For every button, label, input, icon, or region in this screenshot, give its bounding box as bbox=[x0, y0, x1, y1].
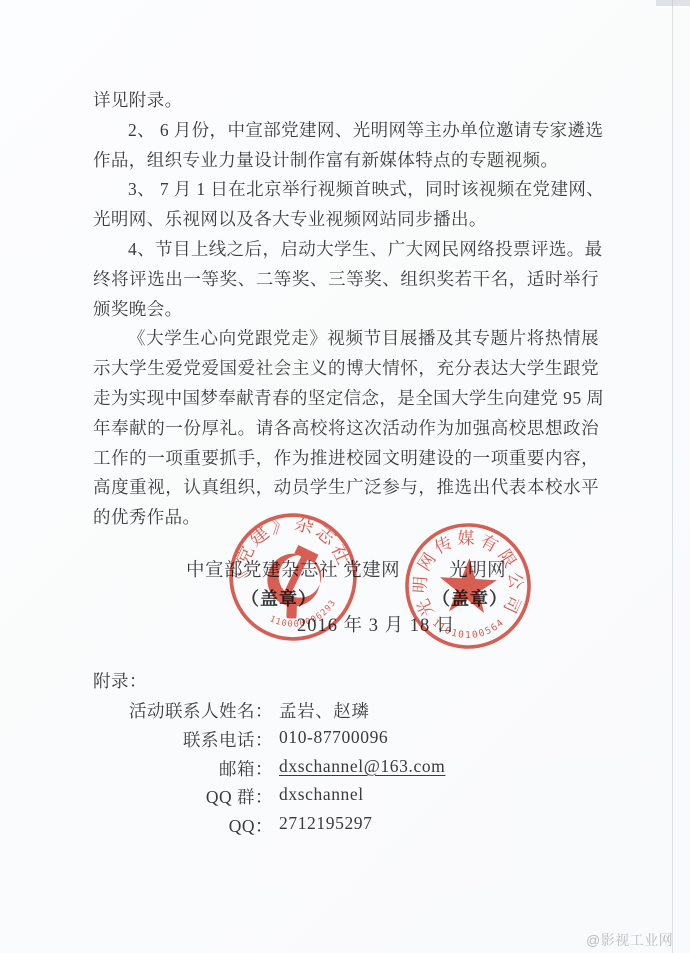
document-line: 详见附录。 bbox=[93, 86, 599, 116]
document-line: 颁奖晚会。 bbox=[93, 295, 599, 325]
document-line: 4、节目上线之后，启动大学生、广大网民网络投票评选。最 bbox=[93, 235, 599, 265]
contact-label: 邮箱： bbox=[93, 756, 273, 781]
star-icon bbox=[438, 557, 498, 614]
contact-label: QQ 群： bbox=[93, 784, 273, 809]
contact-row: QQ： 2712195297 bbox=[93, 813, 513, 842]
scan-corner-artifact bbox=[656, 0, 690, 6]
document-line: 作品，组织专业力量设计制作富有新媒体特点的专题视频。 bbox=[93, 146, 599, 176]
document-line: 示大学生爱党爱国爱社会主义的博大情怀，充分表达大学生跟党 bbox=[93, 354, 599, 384]
contact-row: 活动联系人姓名： 孟岩、赵璘 bbox=[93, 698, 513, 727]
document-line: 《大学生心向党跟党走》视频节目展播及其专题片将热情展 bbox=[93, 324, 599, 354]
scanned-document-page: 详见附录。 2、 6 月份，中宣部党建网、光明网等主办单位邀请专家遴选 作品，组… bbox=[0, 0, 690, 953]
contact-label: QQ： bbox=[93, 813, 273, 838]
document-line: 2、 6 月份，中宣部党建网、光明网等主办单位邀请专家遴选 bbox=[93, 116, 599, 146]
document-line: 工作的一项重要抓手，作为推进校园文明建设的一项重要内容， bbox=[93, 444, 599, 474]
contact-row: 联系电话： 010-87700096 bbox=[93, 727, 513, 756]
appendix-title: 附录： bbox=[93, 668, 147, 693]
document-line: 走为实现中国梦奉献青春的坚定信念，是全国大学生向建党 95 周 bbox=[93, 384, 599, 414]
contact-value: 2712195297 bbox=[279, 813, 373, 834]
contact-label: 联系电话： bbox=[93, 727, 273, 752]
document-line: 高度重视，认真组织，动员学生广泛参与，推选出代表本校水平 bbox=[93, 473, 599, 503]
contact-label: 活动联系人姓名： bbox=[93, 698, 273, 723]
document-line: 光明网、乐视网以及各大专业视频网站同步播出。 bbox=[93, 205, 599, 235]
appendix-contact-list: 活动联系人姓名： 孟岩、赵璘 联系电话： 010-87700096 邮箱： dx… bbox=[93, 698, 513, 842]
watermark: @影视工业网 bbox=[586, 930, 673, 950]
contact-value: 010-87700096 bbox=[279, 727, 388, 748]
document-line: 3、 7 月 1 日在北京举行视频首映式，同时该视频在党建网、 bbox=[93, 175, 599, 205]
contact-row: QQ 群： dxschannel bbox=[93, 784, 513, 813]
document-line: 终将评选出一等奖、二等奖、三等奖、组织奖若干名，适时举行 bbox=[93, 265, 599, 295]
guangming-media-seal: 光明网传媒有限公司 1101010056424 bbox=[397, 515, 540, 658]
contact-value: dxschannel bbox=[279, 784, 364, 805]
contact-email: dxschannel@163.com bbox=[279, 756, 445, 777]
contact-value: 孟岩、赵璘 bbox=[279, 698, 370, 723]
scan-edge-line bbox=[672, 0, 673, 953]
document-body: 详见附录。 2、 6 月份，中宣部党建网、光明网等主办单位邀请专家遴选 作品，组… bbox=[93, 86, 599, 533]
contact-row: 邮箱： dxschannel@163.com bbox=[93, 756, 513, 785]
document-line: 年奉献的一份厚礼。请各高校将这次活动作为加强高校思想政治 bbox=[93, 414, 599, 444]
